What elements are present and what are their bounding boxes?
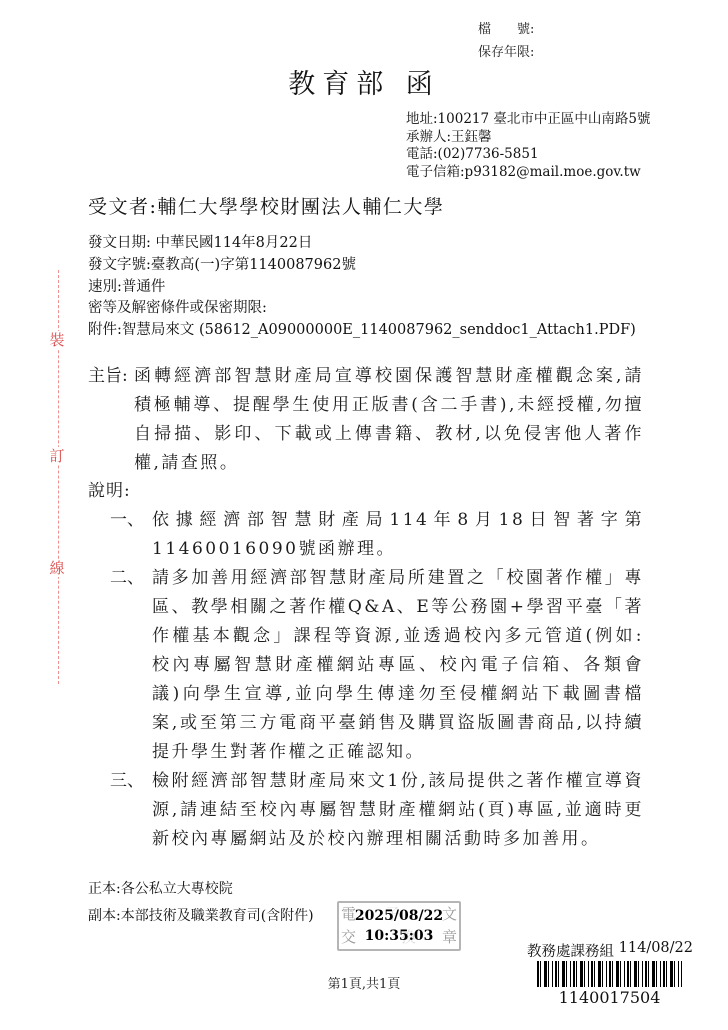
explanation-section: 說明: 一、 依據經濟部智慧財產局114年8月18日智著字第1146001609… xyxy=(88,477,644,854)
item-text: 請多加善用經濟部智慧財產局所建置之「校園著作權」專區、教學相關之著作權Q&A、E… xyxy=(152,564,644,767)
subject-section: 主旨: 函轉經濟部智慧財產局宣導校園保護智慧財產權觀念案,請積極輔導、提醒學生使… xyxy=(88,362,644,478)
stamp-date: 2025/08/22 xyxy=(353,906,445,926)
sender-contact-person: 承辦人:王鈺馨 xyxy=(406,129,650,147)
stamp-time: 10:35:03 xyxy=(353,926,445,946)
sender-phone: 電話:(02)7736-5851 xyxy=(406,146,650,164)
original-copy-line: 正本:各公私立大專校院 xyxy=(88,876,314,903)
stamp-datetime: 2025/08/22 10:35:03 xyxy=(353,906,445,946)
item-marker: 三、 xyxy=(110,767,152,854)
sender-email: 電子信箱:p93182@mail.moe.gov.tw xyxy=(406,164,650,182)
file-number-label: 檔 號: xyxy=(478,18,534,41)
item-marker: 一、 xyxy=(110,506,152,564)
explanation-label: 說明: xyxy=(88,477,644,506)
copies-section: 正本:各公私立大專校院 副本:本部技術及職業教育司(含附件) xyxy=(88,876,314,930)
electronic-exchange-stamp: 電 交 子 換 文 章 2025/08/22 10:35:03 xyxy=(337,901,461,951)
registry-unit: 教務處課務組 xyxy=(527,940,614,961)
document-fields: 發文日期: 中華民國114年8月22日 發文字號:臺教高(一)字第1140087… xyxy=(88,233,636,342)
page-footer: 第1頁,共1頁 xyxy=(0,973,728,992)
retention-period-label: 保存年限: xyxy=(478,41,534,64)
document-title: 教育部 函 xyxy=(0,62,728,101)
binding-mark: 訂 xyxy=(48,447,66,465)
binding-mark: 線 xyxy=(48,559,66,577)
security-class: 密等及解密條件或保密期限: xyxy=(88,298,636,320)
binding-mark: 裝 xyxy=(48,331,66,349)
issue-number: 發文字號:臺教高(一)字第1140087962號 xyxy=(88,255,636,277)
issue-date: 發文日期: 中華民國114年8月22日 xyxy=(88,233,636,255)
recipient-line: 受文者:輔仁大學學校財團法人輔仁大學 xyxy=(88,192,444,219)
item-marker: 二、 xyxy=(110,564,152,767)
sender-contact-block: 地址:100217 臺北市中正區中山南路5號 承辦人:王鈺馨 電話:(02)77… xyxy=(406,111,650,181)
explanation-item: 三、 檢附經濟部智慧財產局來文1份,該局提供之著作權宣導資源,請連結至校內專屬智… xyxy=(110,767,644,854)
item-text: 檢附經濟部智慧財產局來文1份,該局提供之著作權宣導資源,請連結至校內專屬智慧財產… xyxy=(152,767,644,854)
speed-class: 速別:普通件 xyxy=(88,277,636,299)
explanation-item: 一、 依據經濟部智慧財產局114年8月18日智著字第11460016090號函辦… xyxy=(110,506,644,564)
subject-label: 主旨: xyxy=(88,362,134,478)
archive-info: 檔 號: 保存年限: xyxy=(478,18,534,64)
subject-text: 函轉經濟部智慧財產局宣導校園保護智慧財產權觀念案,請積極輔導、提醒學生使用正版書… xyxy=(134,362,644,478)
registry-line: 教務處課務組 114/08/22 xyxy=(527,940,693,961)
registry-date: 114/08/22 xyxy=(619,940,693,961)
attachment-line: 附件:智慧局來文 (58612_A09000000E_1140087962_se… xyxy=(88,320,636,342)
cc-copy-line: 副本:本部技術及職業教育司(含附件) xyxy=(88,903,314,930)
sender-address: 地址:100217 臺北市中正區中山南路5號 xyxy=(406,111,650,129)
official-letter-page: 檔 號: 保存年限: 教育部 函 地址:100217 臺北市中正區中山南路5號 … xyxy=(0,0,728,1030)
explanation-item: 二、 請多加善用經濟部智慧財產局所建置之「校園著作權」專區、教學相關之著作權Q&… xyxy=(110,564,644,767)
item-text: 依據經濟部智慧財產局114年8月18日智著字第11460016090號函辦理。 xyxy=(152,506,644,564)
